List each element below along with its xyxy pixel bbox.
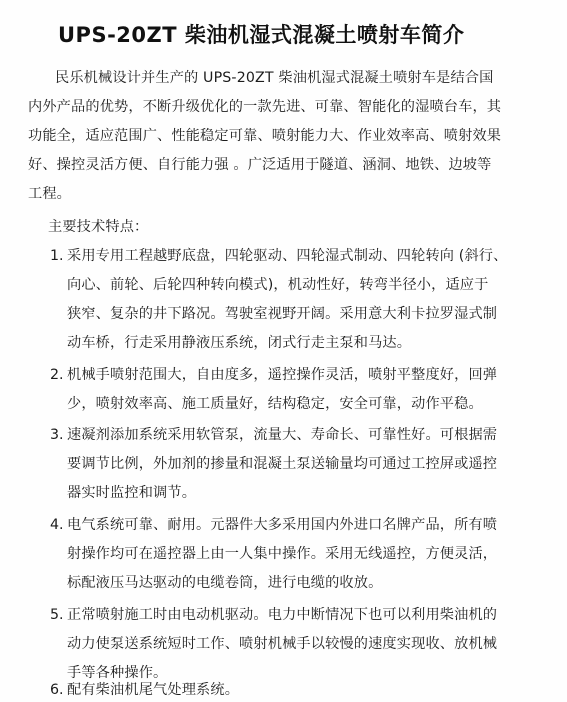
- feature-number: 6.: [50, 681, 64, 699]
- document-page: UPS-20ZT 柴油机湿式混凝土喷射车简介 民乐机械设计并生产的 UPS-20…: [0, 0, 567, 702]
- intro-line: 工程。: [28, 185, 71, 203]
- feature-number: 2.: [50, 366, 64, 384]
- intro-line: 好、操控灵活方便、自行能力强 。广泛适用于隧道、涵洞、地铁、边坡等: [28, 156, 491, 174]
- feature-line: 手等各种操作。: [67, 664, 167, 682]
- feature-line: 配有柴油机尾气处理系统。: [67, 681, 239, 699]
- feature-line: 少，喷射效率高、施工质量好，结构稳定，安全可靠，动作平稳。: [67, 395, 483, 413]
- features-heading: 主要技术特点：: [48, 218, 148, 236]
- feature-line: 器实时监控和调节。: [67, 484, 196, 502]
- feature-line: 速凝剂添加系统采用软管泵，流量大、寿命长、可靠性好。可根据需: [67, 426, 497, 444]
- feature-line: 要调节比例，外加剂的掺量和混凝土泵送输量均可通过工控屏或遥控: [67, 455, 497, 473]
- feature-line: 电气系统可靠、耐用。元器件大多采用国内外进口名牌产品，所有喷: [67, 516, 497, 534]
- feature-number: 4.: [50, 516, 64, 534]
- intro-line: 内外产品的优势，不断升级优化的一款先进、可靠、智能化的湿喷台车，其: [28, 98, 501, 116]
- intro-line: 功能全，适应范围广、性能稳定可靠、喷射能力大、作业效率高、喷射效果: [28, 127, 501, 145]
- feature-line: 向心、前轮、后轮四种转向模式)，机动性好，转弯半径小，适应于: [67, 276, 488, 294]
- feature-line: 正常喷射施工时由电动机驱动。电力中断情况下也可以利用柴油机的: [67, 606, 497, 624]
- intro-line: 民乐机械设计并生产的 UPS-20ZT 柴油机湿式混凝土喷射车是结合国: [55, 69, 493, 87]
- feature-number: 5.: [50, 606, 64, 624]
- document-title: UPS-20ZT 柴油机湿式混凝土喷射车简介: [58, 19, 464, 49]
- feature-line: 动车桥，行走采用静液压系统，闭式行走主泵和马达。: [67, 334, 411, 352]
- feature-line: 狭窄、复杂的井下路况。驾驶室视野开阔。采用意大利卡拉罗湿式制: [67, 305, 497, 323]
- feature-line: 标配液压马达驱动的电缆卷筒，进行电缆的收放。: [67, 574, 382, 592]
- feature-line: 机械手喷射范围大，自由度多，遥控操作灵活，喷射平整度好，回弹: [67, 366, 497, 384]
- feature-line: 动力使泵送系统短时工作、喷射机械手以较慢的速度实现收、放机械: [67, 635, 497, 653]
- feature-line: 采用专用工程越野底盘，四轮驱动、四轮湿式制动、四轮转向 (斜行、: [67, 247, 507, 265]
- feature-number: 3.: [50, 426, 64, 444]
- feature-line: 射操作均可在遥控器上由一人集中操作。采用无线遥控，方便灵活，: [67, 545, 497, 563]
- feature-number: 1.: [50, 247, 64, 265]
